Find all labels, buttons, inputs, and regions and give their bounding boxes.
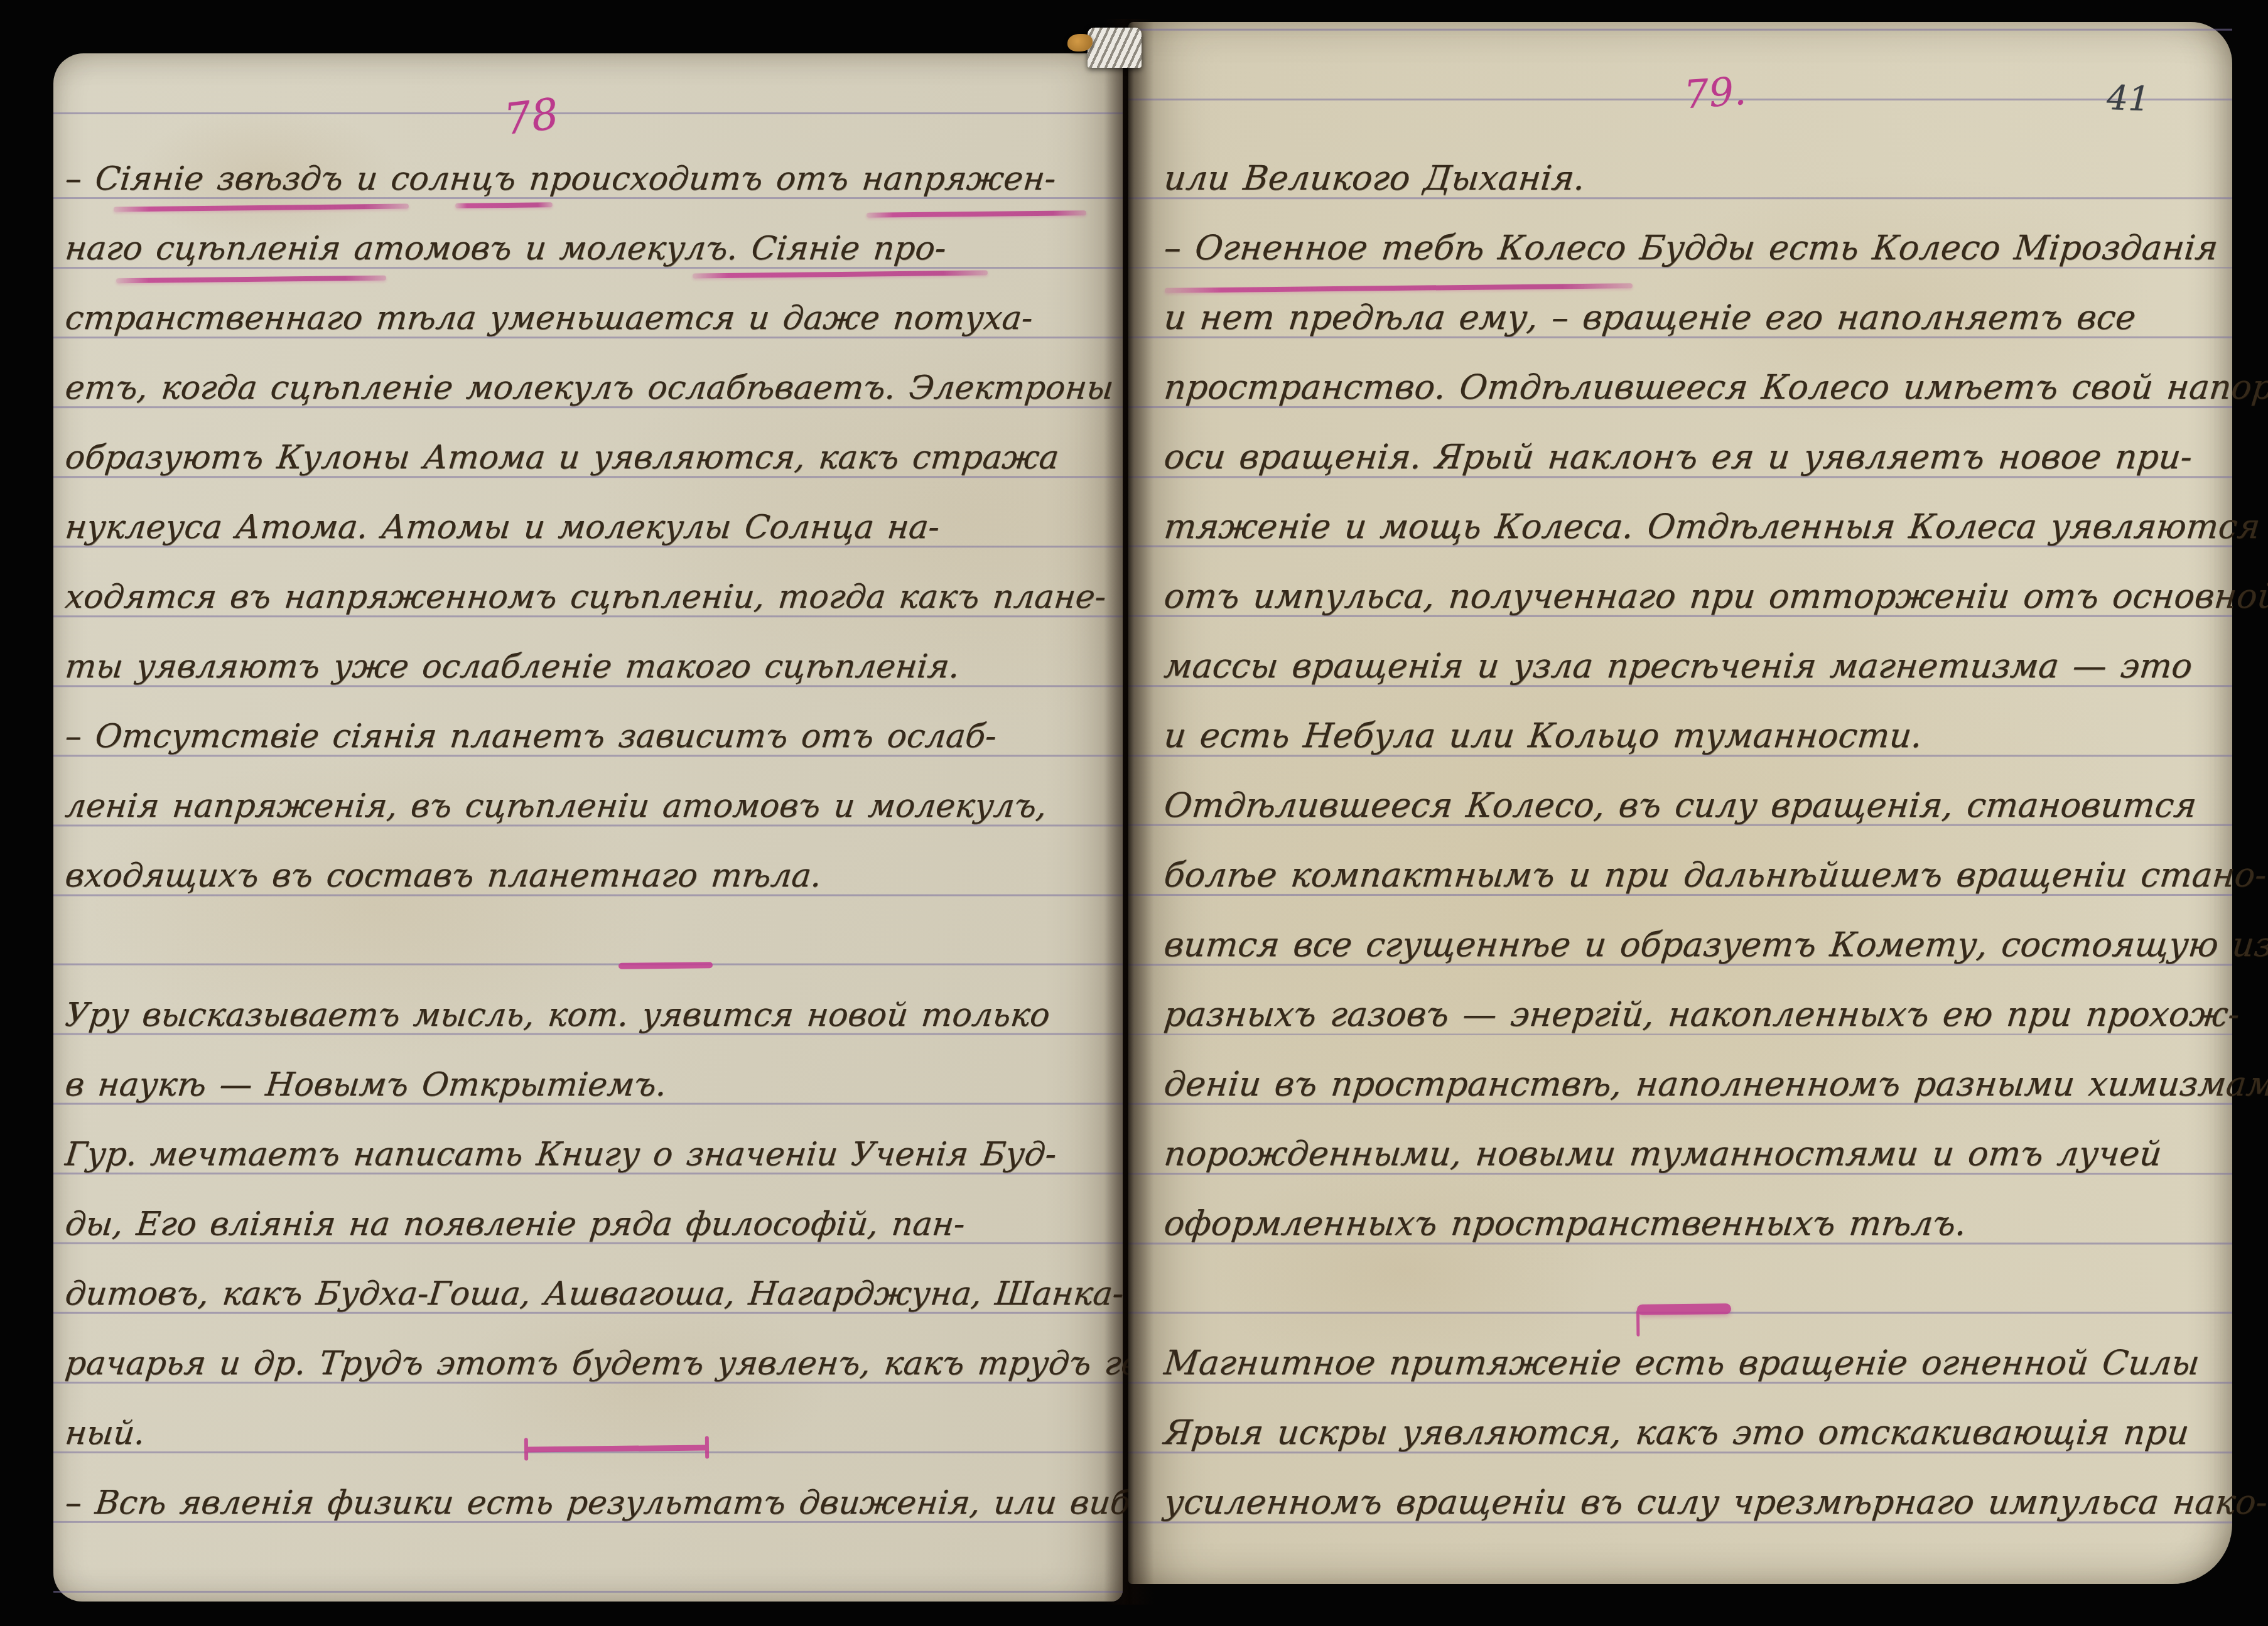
- handwritten-line: пространство. Отдѣлившееся Колесо имѣетъ…: [1162, 347, 2268, 407]
- handwritten-line: – Отсутствіе сіянія планетъ зависитъ отъ…: [63, 695, 1001, 755]
- handwritten-line: Гур. мечтаетъ написать Книгу о значеніи …: [63, 1113, 1061, 1173]
- pink-divider-mark: [1637, 1303, 1731, 1315]
- handwritten-line: – Огненное тебѣ Колесо Будды есть Колесо…: [1162, 207, 2222, 267]
- pink-divider-mark: [618, 962, 713, 969]
- notebook-photo: 78 – Сіяніе звѣздъ и солнцъ происходитъ …: [0, 0, 2268, 1626]
- handwritten-line: оформленныхъ пространственныхъ тѣлъ.: [1162, 1183, 1970, 1243]
- handwritten-line: оси вращенія. Ярый наклонъ ея и уявляетъ…: [1162, 416, 2196, 476]
- handwritten-line: ды, Его вліянія на появленіе ряда филосо…: [63, 1183, 969, 1243]
- binding-thread: [1067, 34, 1093, 51]
- handwritten-line: вится все сгущеннѣе и образуетъ Комету, …: [1162, 904, 2268, 964]
- handwritten-line: дитовъ, какъ Будха-Гоша, Ашвагоша, Нагар…: [63, 1252, 1128, 1313]
- handwritten-line: тяженіе и мощь Колеса. Отдѣленныя Колеса…: [1162, 486, 2264, 546]
- handwritten-line: етъ, когда сцѣпленіе молекулъ ослабѣвает…: [63, 347, 1118, 407]
- handwritten-line: – Всѣ явленія физики есть результатъ дви…: [63, 1462, 1229, 1522]
- handwritten-line: ный.: [63, 1392, 149, 1452]
- handwritten-line: Ярыя искры уявляются, какъ это отскакива…: [1162, 1392, 2193, 1452]
- handwritten-line: ленія напряженія, въ сцѣпленіи атомовъ и…: [63, 765, 1051, 825]
- page-number-right: 79.: [1683, 68, 1747, 118]
- handwritten-line: деніи въ пространствѣ, наполненномъ разн…: [1162, 1043, 2268, 1104]
- folio-number: 41: [2106, 78, 2151, 119]
- handwritten-line: образуютъ Кулоны Атома и уявляются, какъ…: [63, 416, 1063, 476]
- handwritten-line: ходятся въ напряженномъ сцѣпленіи, тогда…: [63, 556, 1110, 616]
- handwritten-line: массы вращенія и узла пресѣченія магнети…: [1162, 625, 2196, 686]
- handwritten-line: разныхъ газовъ — энергій, накопленныхъ е…: [1162, 974, 2244, 1034]
- pink-divider-mark: [526, 1445, 708, 1452]
- handwritten-line: и нет предѣла ему, – вращеніе его наполн…: [1162, 277, 2140, 337]
- handwritten-line: болѣе компактнымъ и при дальнѣйшемъ вращ…: [1162, 834, 2268, 895]
- handwritten-line: порожденными, новыми туманностями и отъ …: [1162, 1113, 2166, 1173]
- pink-underline-mark: [455, 202, 553, 208]
- handwritten-line: рачарья и др. Трудъ этотъ будетъ уявленъ…: [63, 1322, 1246, 1382]
- notebook-right-page: 79. 41 или Великого Дыханія.– Огненное т…: [1128, 22, 2232, 1584]
- handwritten-line: Магнитное притяженіе есть вращеніе огнен…: [1162, 1322, 2204, 1382]
- handwritten-line: странственнаго тѣла уменьшается и даже п…: [63, 277, 1037, 337]
- handwritten-line: нуклеуса Атома. Атомы и молекулы Солнца …: [63, 486, 944, 546]
- handwritten-line: – Сіяніе звѣздъ и солнцъ происходитъ отъ…: [63, 137, 1060, 198]
- handwritten-line: входящихъ въ составъ планетнаго тѣла.: [63, 834, 826, 895]
- handwritten-line: ты уявляютъ уже ослабленіе такого сцѣпле…: [63, 625, 964, 686]
- handwritten-line: отъ импульса, полученнаго при отторженіи…: [1162, 556, 2268, 616]
- handwritten-line: усиленномъ вращеніи въ силу чрезмѣрнаго …: [1162, 1462, 2268, 1522]
- handwritten-line: Уру высказываетъ мысль, кот. уявится нов…: [63, 974, 1054, 1034]
- handwritten-line: Отдѣлившееся Колесо, въ силу вращенія, с…: [1162, 765, 2201, 825]
- notebook-left-page: 78 – Сіяніе звѣздъ и солнцъ происходитъ …: [53, 53, 1123, 1602]
- handwritten-line: или Великого Дыханія.: [1162, 137, 1589, 198]
- page-number-left: 78: [502, 89, 562, 145]
- handwritten-line: и есть Небула или Кольцо туманности.: [1162, 695, 1926, 755]
- binding-headband: [1088, 28, 1142, 68]
- handwritten-line: в наукѣ — Новымъ Открытіемъ.: [63, 1043, 671, 1104]
- handwritten-line: наго сцѣпленія атомовъ и молекулъ. Сіяні…: [63, 207, 951, 267]
